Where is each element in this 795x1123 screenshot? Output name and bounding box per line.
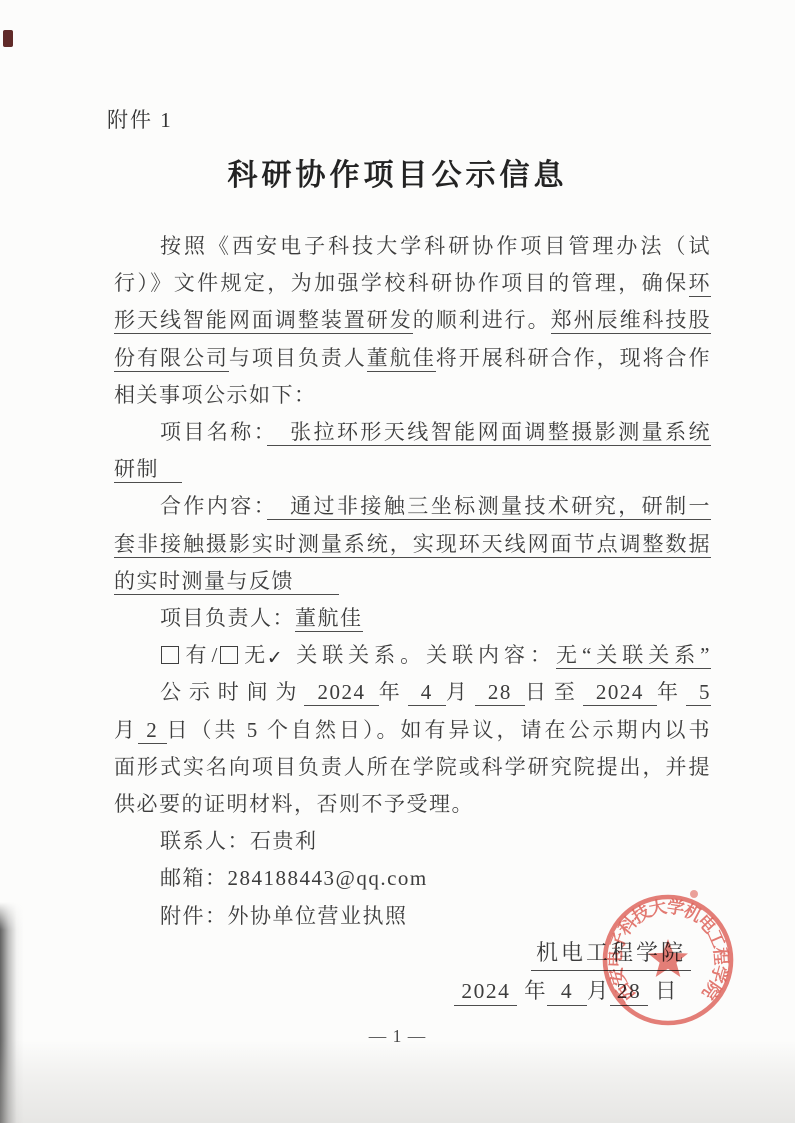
body-line: 联系人：石贵利 (114, 823, 711, 860)
body-text-segment: 年 (657, 680, 686, 704)
body-text-segment: 按照《西安电子科技大学科研协作项目管理办法（试 (160, 234, 711, 258)
underlined-field-text: 2 (138, 718, 167, 744)
check-icon: ✓ (221, 640, 283, 677)
seal-smudge (690, 890, 698, 898)
body-line: 按照《西安电子科技大学科研协作项目管理办法（试 (114, 228, 711, 265)
body-line: 有/✓无 关联关系。关联内容：无“关联关系” (114, 637, 711, 674)
body-text-segment: 月 (446, 680, 475, 704)
body-text-segment: 日至 (525, 680, 583, 704)
body-line: 形天线智能网面调整装置研发的顺利进行。郑州辰维科技股 (114, 302, 711, 339)
official-seal: 西安电子科技大学机电工程学院 (598, 890, 738, 1030)
body-line: 套非接触摄影实时测量系统，实现环天线网面节点调整数据 (114, 526, 711, 563)
underlined-field-text: 董航佳 (367, 346, 436, 372)
body-text-segment: 邮箱：284188443@qq.com (160, 866, 428, 890)
scanned-document-page: 附件 1 科研协作项目公示信息 按照《西安电子科技大学科研协作项目管理办法（试行… (0, 0, 795, 1123)
underlined-field-text: 董航佳 (295, 606, 363, 632)
underlined-field-text: 无“关联关系” (556, 643, 711, 669)
body-text-segment: 年 (379, 680, 408, 704)
underlined-field-text: 份有限公司 (114, 346, 229, 372)
body-text-segment: 供必要的证明材料，否则不予受理。 (114, 792, 474, 816)
underlined-field-text: 5 (686, 680, 711, 706)
body-line: 相关事项公示如下： (114, 377, 711, 414)
body-line: 面形式实名向项目负责人所在学院或科学研究院提出，并提 (114, 749, 711, 786)
underlined-field-text: 形天线智能网面调整装置研发 (114, 308, 413, 334)
body-text-segment: 将开展科研合作，现将合作 (436, 346, 711, 370)
body-line: 公示时间为 2024 年 4 月 28 日至 2024 年 5 (114, 674, 711, 711)
checkbox-checked-icon: ✓ (220, 646, 238, 664)
body-text-segment: 相关事项公示如下： (114, 383, 317, 407)
underlined-field-text: 通过非接触三坐标测量技术研究，研制一 (267, 494, 711, 520)
underlined-field-text: 的实时测量与反馈 (114, 569, 339, 595)
body-line: 合作内容： 通过非接触三坐标测量技术研究，研制一 (114, 488, 711, 525)
body-line: 份有限公司与项目负责人董航佳将开展科研合作，现将合作 (114, 340, 711, 377)
body-text-segment: 行）》文件规定，为加强学校科研协作项目的管理，确保 (114, 271, 689, 295)
checkbox-empty-icon (161, 646, 179, 664)
underlined-field-text: 研制 (114, 457, 182, 483)
underlined-field-text: 2024 (454, 979, 517, 1006)
document-title: 科研协作项目公示信息 (0, 150, 795, 194)
body-text-segment: 项目负责人： (160, 606, 295, 630)
scan-artifact-corner-mark (3, 30, 13, 47)
body-line: 的实时测量与反馈 (114, 563, 711, 600)
body-line: 行）》文件规定，为加强学校科研协作项目的管理，确保环 (114, 265, 711, 302)
body-text-segment: 附件：外协单位营业执照 (160, 904, 408, 928)
body-text-segment: 的顺利进行。 (413, 308, 551, 332)
body-text-segment: 年 (517, 979, 547, 1003)
underlined-field-text: 张拉环形天线智能网面调整摄影测量系统 (267, 420, 711, 446)
body-text-segment: 月 (114, 718, 138, 742)
scan-shadow-left-edge (0, 902, 24, 1123)
body-line: 月 2 日（共 5 个自然日）。如有异议，请在公示期内以书 (114, 712, 711, 749)
scan-shadow-bottom (0, 1040, 795, 1123)
page-number: — 1 — (0, 1026, 795, 1047)
body-text: 按照《西安电子科技大学科研协作项目管理办法（试行）》文件规定，为加强学校科研协作… (114, 228, 711, 935)
seal-star-icon (648, 939, 688, 977)
body-text-segment: 与项目负责人 (229, 346, 367, 370)
underlined-field-text: 2024 (583, 680, 657, 706)
body-text-segment: 日（共 5 个自然日）。如有异议，请在公示期内以书 (167, 718, 712, 742)
attachment-label: 附件 1 (107, 104, 173, 134)
body-line: 研制 (114, 451, 711, 488)
body-text-segment: 无 关联关系。关联内容： (241, 643, 556, 667)
underlined-field-text: 4 (408, 680, 446, 706)
body-text-segment: 面形式实名向项目负责人所在学院或科学研究院提出，并提 (114, 755, 711, 779)
body-text-segment: 项目名称： (160, 420, 267, 444)
body-text-segment: 联系人：石贵利 (160, 829, 318, 853)
underlined-field-text: 4 (547, 979, 587, 1006)
body-text-segment: 合作内容： (160, 494, 267, 518)
body-line: 项目负责人：董航佳 (114, 600, 711, 637)
body-line: 供必要的证明材料，否则不予受理。 (114, 786, 711, 823)
body-line: 项目名称： 张拉环形天线智能网面调整摄影测量系统 (114, 414, 711, 451)
underlined-field-text: 郑州辰维科技股 (551, 308, 711, 334)
body-text-segment: 公示时间为 (160, 680, 304, 704)
underlined-field-text: 环 (689, 271, 712, 297)
underlined-field-text: 套非接触摄影实时测量系统，实现环天线网面节点调整数据 (114, 532, 711, 558)
body-text-segment: 有/ (182, 643, 219, 667)
underlined-field-text: 2024 (304, 680, 378, 706)
underlined-field-text: 28 (475, 680, 525, 706)
